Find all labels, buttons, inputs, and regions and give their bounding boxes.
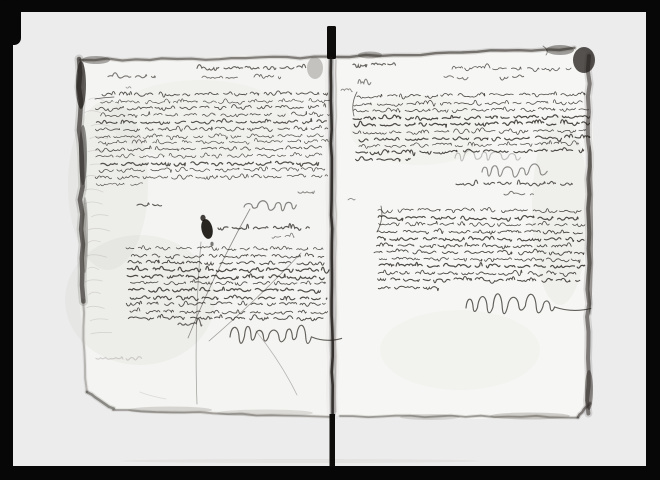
- paper-wash: [532, 115, 588, 305]
- left-page-stain: [76, 61, 86, 109]
- frame-corner-patch: [0, 0, 21, 45]
- right-page-stain: [587, 145, 593, 315]
- spine-bottom-bar: [330, 414, 336, 467]
- right-page-stain: [546, 45, 574, 55]
- left-page-stain: [82, 56, 110, 64]
- spine-gutter-shadow: [331, 58, 333, 415]
- ink-blot: [210, 242, 213, 246]
- left-page-stain: [82, 197, 88, 273]
- scanned-document-viewer: [0, 0, 660, 480]
- bed-stain: [120, 459, 480, 463]
- left-page-stain: [128, 407, 212, 414]
- right-page-stain: [573, 47, 595, 73]
- left-page-stain: [79, 125, 87, 185]
- right-page-stain: [400, 414, 460, 420]
- right-page-stain: [358, 52, 382, 59]
- paper-wash: [380, 310, 540, 390]
- right-page-stain: [490, 413, 570, 420]
- ink-blot: [200, 215, 205, 221]
- right-page-stain: [585, 370, 593, 410]
- left-page-stain: [307, 57, 323, 79]
- manuscript-scan-image: [0, 0, 660, 480]
- left-page-stain: [217, 410, 313, 417]
- book-spine: [327, 26, 336, 467]
